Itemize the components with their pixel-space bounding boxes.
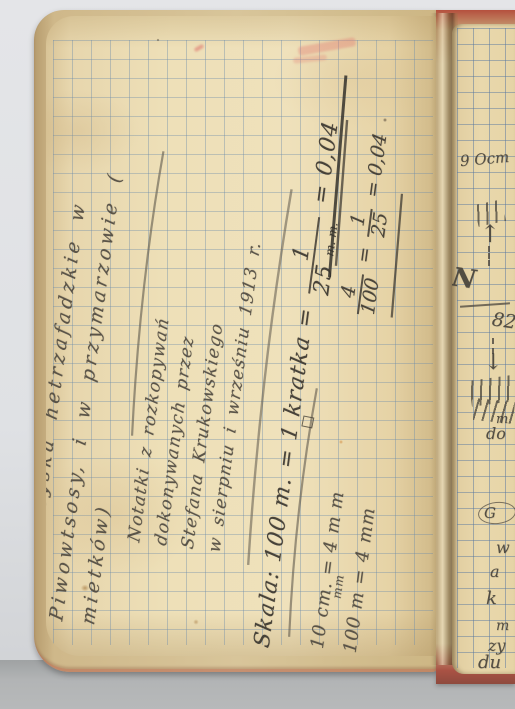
fraction-1-25: 1 25	[347, 204, 392, 241]
drawn-square-kratka	[301, 415, 314, 428]
arrow-up-icon: ↑	[480, 220, 500, 248]
handwritten-fragment: du	[478, 652, 501, 673]
crossed-out-scribble	[473, 398, 515, 424]
handwritten-fragment: G	[484, 504, 496, 522]
equals-sign: =	[353, 245, 377, 266]
handwritten-fragment: do	[486, 424, 506, 443]
rotated-handwriting: cmentarzyska hetrzafadzkie w Piwowtsosy,…	[46, 16, 436, 656]
graph-paper-grid	[457, 28, 515, 668]
handwritten-fragment: m	[496, 618, 509, 634]
fraction-result: = 0,04	[361, 131, 391, 199]
arrow-down-icon: ↓	[484, 350, 502, 375]
handwritten-fragment: k	[486, 588, 497, 609]
conversion-block: 10 cm. = 4 m m mm 100 m = 4 mm	[307, 490, 381, 655]
dashed-arrow-tail	[488, 246, 490, 266]
handwritten-fragment: a	[490, 562, 500, 581]
fraction-4-100: 4 100	[337, 270, 383, 319]
notebook-photo: cmentarzyska hetrzafadzkie w Piwowtsosy,…	[0, 0, 515, 709]
left-notebook-page: cmentarzyska hetrzafadzkie w Piwowtsosy,…	[46, 16, 436, 656]
number-82: 82	[491, 308, 515, 333]
north-letter: N	[452, 262, 478, 295]
handwritten-fragment: w	[496, 538, 510, 557]
right-notebook-page: 9 Ocm ↑ N 82 ↓ m do G w a k m zy du	[452, 24, 515, 674]
